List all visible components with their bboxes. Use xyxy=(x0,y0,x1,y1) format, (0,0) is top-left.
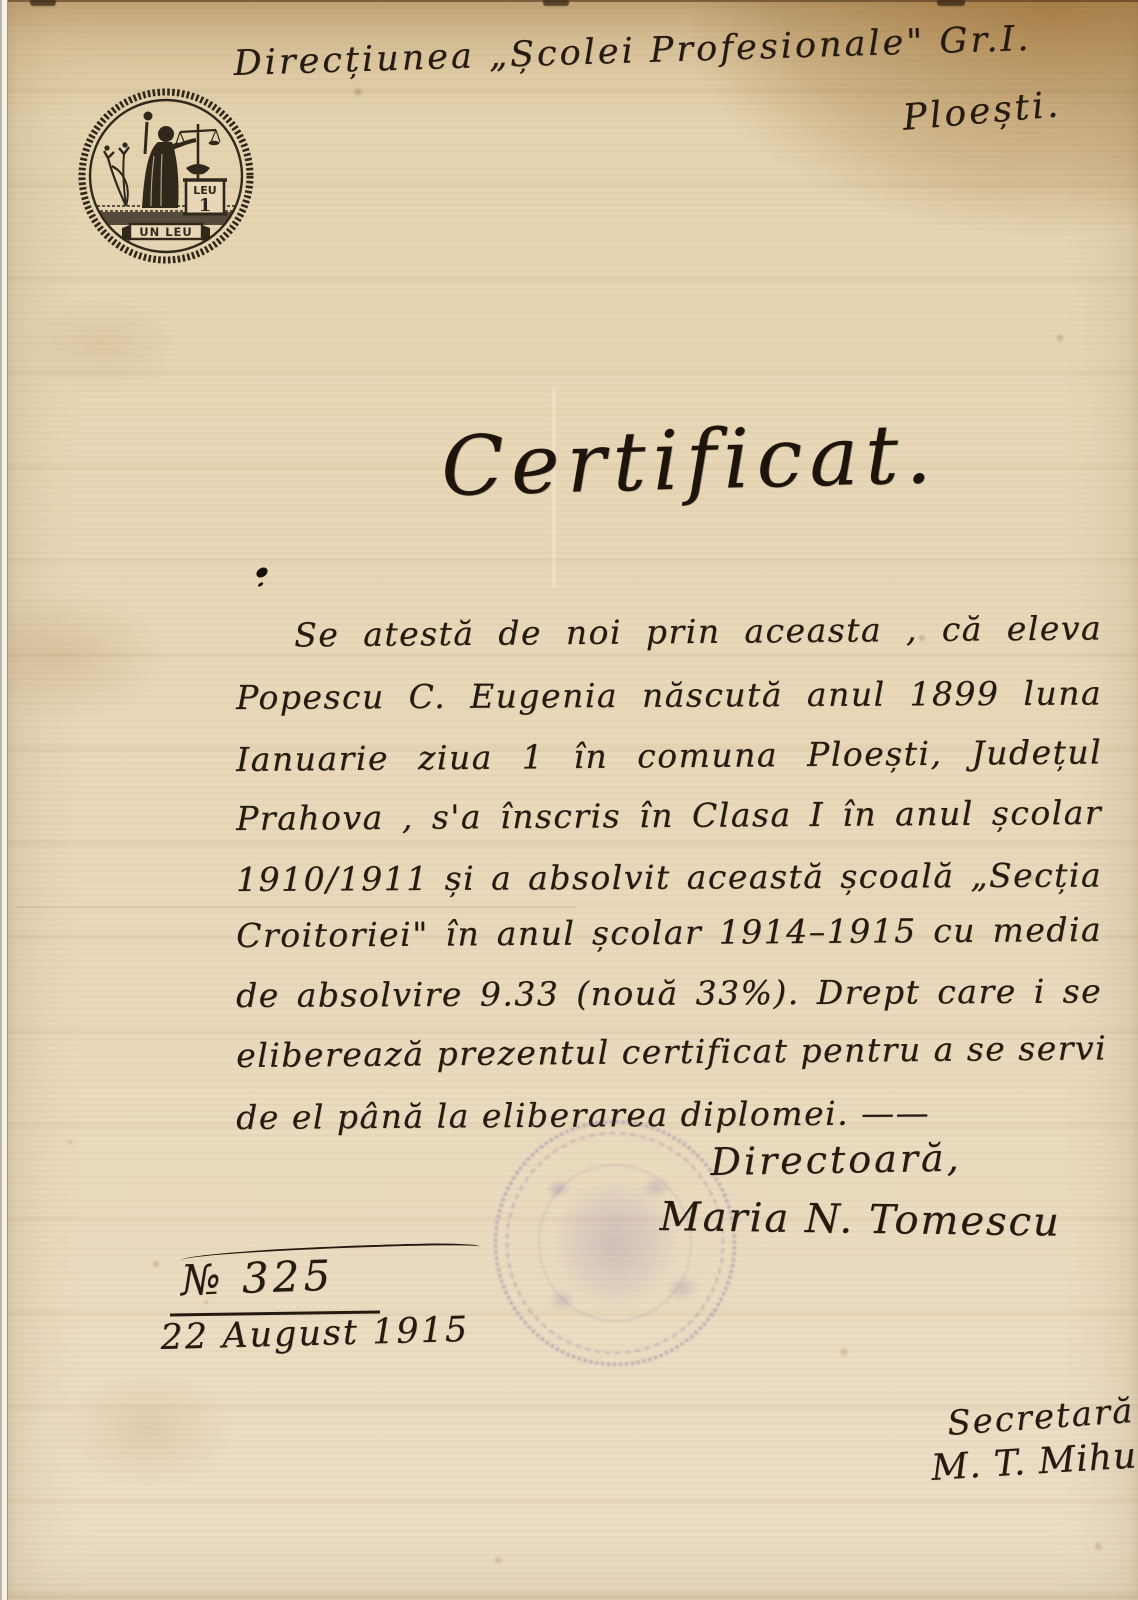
paper-left-edge xyxy=(7,0,8,1600)
header-city-line: Ploești. xyxy=(901,84,1063,139)
body-line: Se atestă de noi prin aceasta , că eleva xyxy=(236,608,1102,655)
fold-line xyxy=(16,906,576,908)
scanned-certificate: Direcțiunea „Școlei Profesionale" Gr.I. … xyxy=(0,0,1138,1600)
ink-blot xyxy=(255,565,270,579)
director-role-label: Directoară, xyxy=(710,1136,962,1184)
secretary-role-label: Secretară xyxy=(946,1391,1136,1444)
seal-banner: UN LEU xyxy=(122,224,210,241)
torn-edge-fragment xyxy=(937,0,965,6)
torn-edge-fragment xyxy=(30,0,56,6)
body-line: Ianuarie ziua 1 în comuna Ploești, Județ… xyxy=(236,732,1102,779)
body-line: 1910/1911 și a absolvit această școală „… xyxy=(236,855,1102,899)
header-direction-line: Direcțiunea „Școlei Profesionale" Gr.I. xyxy=(233,19,1032,84)
paper: Direcțiunea „Școlei Profesionale" Gr.I. … xyxy=(8,0,1138,1600)
body-line: eliberează prezentul certificat pentru a… xyxy=(236,1028,1102,1075)
director-signature: Maria N. Tomescu xyxy=(659,1194,1061,1246)
body-line: de absolvire 9.33 (nouă 33%). Drept care… xyxy=(236,971,1102,1015)
revenue-stamp-seal: LEU 1 UN LEU xyxy=(74,84,258,268)
registry-number: № 325 xyxy=(180,1251,335,1305)
torn-edge-fragment xyxy=(543,0,569,6)
registry-date: 22 August 1915 xyxy=(160,1310,470,1358)
paper-top-edge xyxy=(8,0,1138,2)
seal-leu-value: 1 xyxy=(199,195,212,216)
body-line: Prahova , s'a înscris în Clasa I în anul… xyxy=(236,793,1102,838)
certificate-title: Certificat. xyxy=(440,407,939,515)
body-line: Croitoriei" în anul școlar 1914–1915 cu … xyxy=(236,910,1102,955)
body-line: Popescu C. Eugenia născută anul 1899 lun… xyxy=(236,673,1102,717)
seal-denomination-box: LEU 1 xyxy=(183,180,227,216)
seal-banner-text: UN LEU xyxy=(139,225,193,239)
scan-left-shadow xyxy=(0,0,2,1600)
